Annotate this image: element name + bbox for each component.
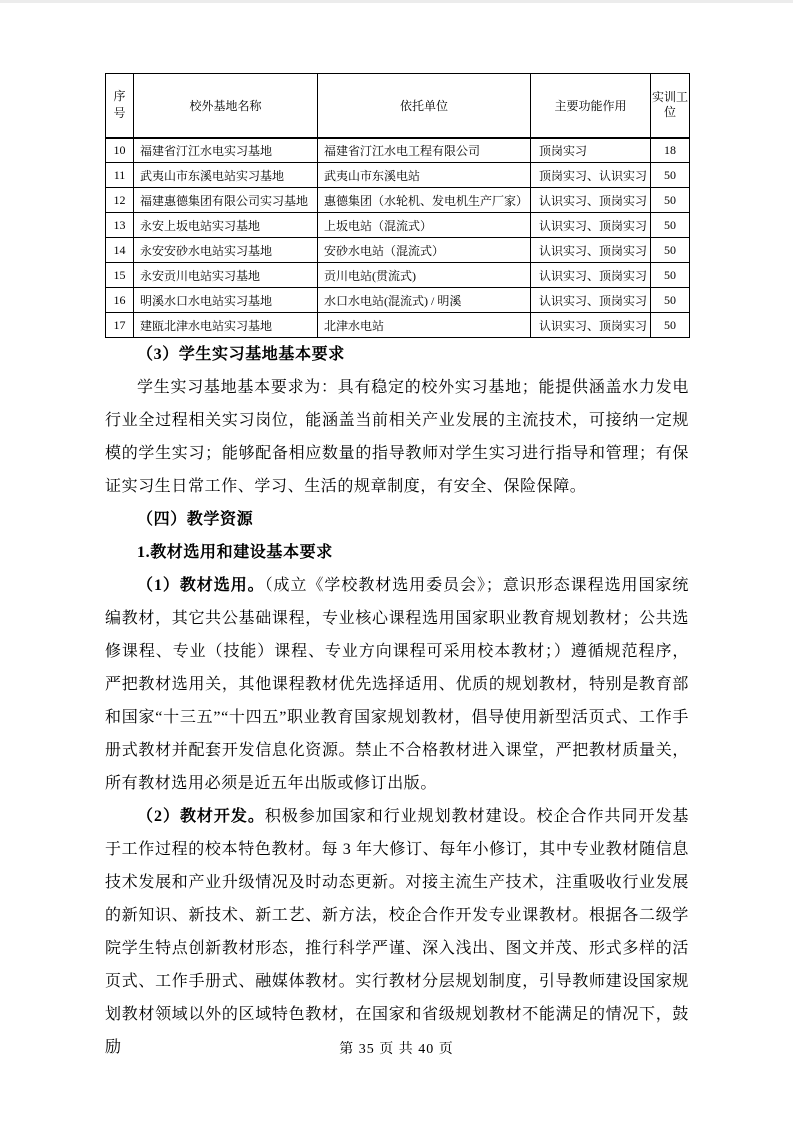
base-name-cell: 福建惠德集团有限公司实习基地: [134, 188, 318, 213]
material-selection-lead: （1）教材选用。: [137, 577, 265, 594]
table-header-row: 序号 校外基地名称 依托单位 主要功能作用 实训工位: [106, 74, 690, 138]
section-heading-teaching-resources: （四）教学资源: [105, 503, 689, 536]
base-name-cell: 明溪水口水电站实习基地: [134, 288, 318, 313]
header-training-slots: 实训工位: [651, 74, 690, 138]
page-content: 序号 校外基地名称 依托单位 主要功能作用 实训工位 10 福建省汀江水电实习基…: [105, 73, 689, 1064]
paragraph-student-base-requirements: 学生实习基地基本要求为：具有稳定的校外实习基地；能提供涵盖水力发电行业全过程相关…: [105, 371, 689, 503]
table-row: 16 明溪水口水电站实习基地 水口水电站(混流式) / 明溪 认识实习、顶岗实习…: [106, 288, 690, 313]
seq-no-cell: 11: [106, 163, 134, 188]
supporting-unit-cell: 武夷山市东溪电站: [318, 163, 531, 188]
supporting-unit-cell: 北津水电站: [318, 313, 531, 338]
paragraph-material-development: （2）教材开发。积极参加国家和行业规划教材建设。校企合作共同开发基于工作过程的校…: [105, 800, 689, 1064]
section-heading-student-base: （3）学生实习基地基本要求: [105, 338, 689, 371]
training-slots-cell: 50: [651, 288, 690, 313]
main-function-cell: 顶岗实习、认识实习: [531, 163, 651, 188]
training-slots-cell: 50: [651, 163, 690, 188]
base-name-cell: 永安上坂电站实习基地: [134, 213, 318, 238]
material-selection-text: （成立《学校教材选用委员会》；意识形态课程选用国家统编教材，其它共公基础课程，专…: [105, 577, 689, 792]
header-base-name: 校外基地名称: [134, 74, 318, 138]
main-function-cell: 认识实习、顶岗实习: [531, 263, 651, 288]
table-row: 15 永安贡川电站实习基地 贡川电站(贯流式) 认识实习、顶岗实习 50: [106, 263, 690, 288]
main-function-cell: 认识实习、顶岗实习: [531, 313, 651, 338]
training-slots-cell: 50: [651, 188, 690, 213]
table-body: 10 福建省汀江水电实习基地 福建省汀江水电工程有限公司 顶岗实习 18 11 …: [106, 138, 690, 338]
table-row: 10 福建省汀江水电实习基地 福建省汀江水电工程有限公司 顶岗实习 18: [106, 138, 690, 163]
main-function-cell: 认识实习、顶岗实习: [531, 213, 651, 238]
table-row: 14 永安安砂水电站实习基地 安砂水电站（混流式） 认识实习、顶岗实习 50: [106, 238, 690, 263]
base-name-cell: 永安贡川电站实习基地: [134, 263, 318, 288]
table-row: 13 永安上坂电站实习基地 上坂电站（混流式） 认识实习、顶岗实习 50: [106, 213, 690, 238]
table-row: 11 武夷山市东溪电站实习基地 武夷山市东溪电站 顶岗实习、认识实习 50: [106, 163, 690, 188]
main-function-cell: 认识实习、顶岗实习: [531, 238, 651, 263]
practice-base-table: 序号 校外基地名称 依托单位 主要功能作用 实训工位 10 福建省汀江水电实习基…: [105, 73, 690, 338]
training-slots-cell: 50: [651, 313, 690, 338]
header-supporting-unit: 依托单位: [318, 74, 531, 138]
table-row: 12 福建惠德集团有限公司实习基地 惠德集团（水轮机、发电机生产厂家） 认识实习…: [106, 188, 690, 213]
seq-no-cell: 15: [106, 263, 134, 288]
supporting-unit-cell: 安砂水电站（混流式）: [318, 238, 531, 263]
header-seq-no: 序号: [106, 74, 134, 138]
document-page: { "table": { "headers": ["序号", "校外基地名称",…: [0, 0, 793, 1122]
document-body: （3）学生实习基地基本要求 学生实习基地基本要求为：具有稳定的校外实习基地；能提…: [105, 338, 689, 1064]
seq-no-cell: 12: [106, 188, 134, 213]
header-main-function: 主要功能作用: [531, 74, 651, 138]
base-name-cell: 建瓯北津水电站实习基地: [134, 313, 318, 338]
seq-no-cell: 10: [106, 138, 134, 163]
base-name-cell: 武夷山市东溪电站实习基地: [134, 163, 318, 188]
base-name-cell: 福建省汀江水电实习基地: [134, 138, 318, 163]
seq-no-cell: 13: [106, 213, 134, 238]
main-function-cell: 认识实习、顶岗实习: [531, 188, 651, 213]
material-development-lead: （2）教材开发。: [137, 808, 265, 825]
main-function-cell: 顶岗实习: [531, 138, 651, 163]
training-slots-cell: 18: [651, 138, 690, 163]
page-top-edge: [0, 0, 793, 3]
supporting-unit-cell: 贡川电站(贯流式): [318, 263, 531, 288]
supporting-unit-cell: 上坂电站（混流式）: [318, 213, 531, 238]
table-row: 17 建瓯北津水电站实习基地 北津水电站 认识实习、顶岗实习 50: [106, 313, 690, 338]
training-slots-cell: 50: [651, 263, 690, 288]
seq-no-cell: 16: [106, 288, 134, 313]
training-slots-cell: 50: [651, 213, 690, 238]
subsection-heading-material-requirements: 1.教材选用和建设基本要求: [105, 536, 689, 569]
base-name-cell: 永安安砂水电站实习基地: [134, 238, 318, 263]
supporting-unit-cell: 水口水电站(混流式) / 明溪: [318, 288, 531, 313]
main-function-cell: 认识实习、顶岗实习: [531, 288, 651, 313]
paragraph-material-selection: （1）教材选用。（成立《学校教材选用委员会》；意识形态课程选用国家统编教材，其它…: [105, 569, 689, 800]
page-number: 第 35 页 共 40 页: [0, 1038, 793, 1058]
supporting-unit-cell: 惠德集团（水轮机、发电机生产厂家）: [318, 188, 531, 213]
seq-no-cell: 17: [106, 313, 134, 338]
material-development-text: 积极参加国家和行业规划教材建设。校企合作共同开发基于工作过程的校本特色教材。每 …: [105, 808, 689, 1056]
training-slots-cell: 50: [651, 238, 690, 263]
supporting-unit-cell: 福建省汀江水电工程有限公司: [318, 138, 531, 163]
seq-no-cell: 14: [106, 238, 134, 263]
